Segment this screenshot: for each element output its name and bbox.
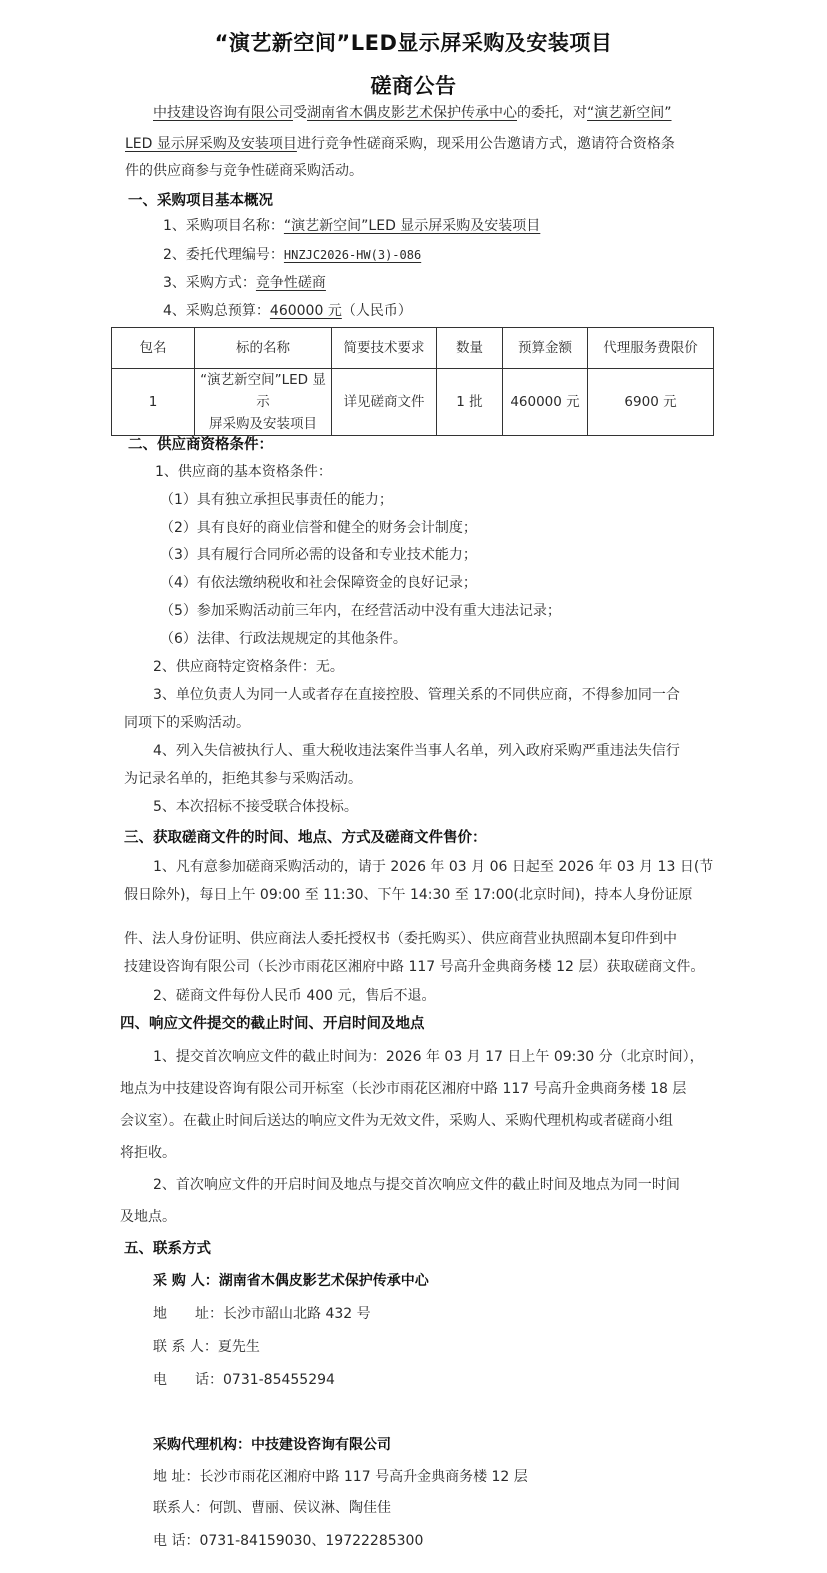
agency-phone-row: 电 话：0731-84159030、19722285300 xyxy=(153,1532,423,1550)
purchaser-phone-row: 电 话：0731-85455294 xyxy=(153,1371,335,1389)
section5-heading: 五、联系方式 xyxy=(124,1237,211,1258)
condition-2: （2）具有良好的商业信誉和健全的财务会计制度； xyxy=(160,519,477,537)
cell-budget: 460000 元 xyxy=(503,369,588,436)
intro-line-3: 件的供应商参与竞争性磋商采购活动。 xyxy=(125,162,363,180)
agency-name: 中技建设咨询有限公司 xyxy=(251,1437,391,1453)
specific-qualification: 2、供应商特定资格条件：无。 xyxy=(153,658,344,676)
deadline-line-1: 1、提交首次响应文件的截止时间为：2026 年 03 月 17 日上午 09:3… xyxy=(153,1048,704,1066)
opening-line-1: 2、首次响应文件的开启时间及地点与提交首次响应文件的截止时间及地点为同一时间 xyxy=(153,1176,680,1194)
budget-item: 4、采购总预算：460000 元（人民币） xyxy=(163,302,412,320)
deadline-line-4: 将拒收。 xyxy=(120,1144,176,1162)
col-header-agency-fee: 代理服务费限价 xyxy=(588,328,714,369)
cell-tech-req: 详见磋商文件 xyxy=(332,369,437,436)
purchaser-name: 湖南省木偶皮影艺术保护传承中心 xyxy=(219,1273,429,1289)
acquisition-line-4: 技建设咨询有限公司（长沙市雨花区湘府中路 117 号高升金典商务楼 12 层）获… xyxy=(124,958,704,976)
package-table: 包名 标的名称 简要技术要求 数量 预算金额 代理服务费限价 1 “演艺新空间”… xyxy=(111,327,714,436)
section3-heading: 三、获取磋商文件的时间、地点、方式及磋商文件售价： xyxy=(124,826,487,847)
col-header-item-name: 标的名称 xyxy=(195,328,332,369)
cell-agency-fee: 6900 元 xyxy=(588,369,714,436)
purchaser-contact-row: 联 系 人：夏先生 xyxy=(153,1338,260,1356)
cell-quantity: 1 批 xyxy=(437,369,503,436)
agency-contact-row: 联系人：何凯、曹丽、侯议淋、陶佳佳 xyxy=(153,1499,391,1517)
agency-row: 采购代理机构：中技建设咨询有限公司 xyxy=(153,1436,391,1454)
intro-line-2: LED 显示屏采购及安装项目进行竞争性磋商采购，现采用公告邀请方式，邀请符合资格… xyxy=(125,135,675,153)
agent-name: 中技建设咨询有限公司 xyxy=(153,105,293,121)
purchaser-address-row: 地 址：长沙市韶山北路 432 号 xyxy=(153,1305,371,1323)
condition-3: （3）具有履行合同所必需的设备和专业技术能力； xyxy=(160,546,477,564)
condition-6: （6）法律、行政法规规定的其他条件。 xyxy=(160,630,407,648)
intro-line-1: 中技建设咨询有限公司受湖南省木偶皮影艺术保护传承中心的委托，对“演艺新空间” xyxy=(153,104,672,122)
document-price: 2、磋商文件每份人民币 400 元，售后不退。 xyxy=(153,987,436,1005)
table-header-row: 包名 标的名称 简要技术要求 数量 预算金额 代理服务费限价 xyxy=(112,328,714,369)
agency-code-item: 2、委托代理编号：HNZJC2026-HW(3)-086 xyxy=(163,246,421,264)
client-name: 湖南省木偶皮影艺术保护传承中心 xyxy=(307,105,517,121)
document-subtitle: 磋商公告 xyxy=(0,70,827,100)
basic-qualification-label: 1、供应商的基本资格条件： xyxy=(155,463,332,481)
acquisition-line-3: 件、法人身份证明、供应商法人委托授权书（委托购买）、供应商营业执照副本复印件到中 xyxy=(124,930,677,948)
col-header-budget: 预算金额 xyxy=(503,328,588,369)
section2-heading: 二、供应商资格条件： xyxy=(128,433,273,454)
col-header-quantity: 数量 xyxy=(437,328,503,369)
project-name-part-b: LED 显示屏采购及安装项目 xyxy=(125,136,297,152)
col-header-tech-req: 简要技术要求 xyxy=(332,328,437,369)
agency-address-row: 地 址：长沙市雨花区湘府中路 117 号高升金典商务楼 12 层 xyxy=(153,1468,528,1486)
acquisition-line-1: 1、凡有意参加磋商采购活动的，请于 2026 年 03 月 06 日起至 202… xyxy=(153,858,713,876)
procurement-method-item: 3、采购方式：竞争性磋商 xyxy=(163,274,326,292)
project-name-part-a: “演艺新空间” xyxy=(587,105,672,121)
col-header-package: 包名 xyxy=(112,328,195,369)
project-name-item: 1、采购项目名称：“演艺新空间”LED 显示屏采购及安装项目 xyxy=(163,217,540,235)
related-party-rule-line-1: 3、单位负责人为同一人或者存在直接控股、管理关系的不同供应商，不得参加同一合 xyxy=(153,686,680,704)
deadline-line-2: 地点为中技建设咨询有限公司开标室（长沙市雨花区湘府中路 117 号高升金典商务楼… xyxy=(120,1080,686,1098)
opening-line-2: 及地点。 xyxy=(120,1208,176,1226)
condition-5: （5）参加采购活动前三年内，在经营活动中没有重大违法记录； xyxy=(160,602,561,620)
cell-item-name: “演艺新空间”LED 显示 屏采购及安装项目 xyxy=(195,369,332,436)
condition-1: （1）具有独立承担民事责任的能力； xyxy=(160,491,393,509)
purchaser-row: 采 购 人：湖南省木偶皮影艺术保护传承中心 xyxy=(153,1272,429,1290)
document-title: “演艺新空间”LED显示屏采购及安装项目 xyxy=(0,27,827,57)
credit-rule-line-1: 4、列入失信被执行人、重大税收违法案件当事人名单，列入政府采购严重违法失信行 xyxy=(153,742,680,760)
section4-heading: 四、响应文件提交的截止时间、开启时间及地点 xyxy=(120,1012,425,1033)
deadline-line-3: 会议室）。在截止时间后送达的响应文件为无效文件，采购人、采购代理机构或者磋商小组 xyxy=(120,1112,673,1130)
related-party-rule-line-2: 同项下的采购活动。 xyxy=(124,714,250,732)
table-row: 1 “演艺新空间”LED 显示 屏采购及安装项目 详见磋商文件 1 批 4600… xyxy=(112,369,714,436)
credit-rule-line-2: 为记录名单的，拒绝其参与采购活动。 xyxy=(124,770,362,788)
consortium-rule: 5、本次招标不接受联合体投标。 xyxy=(153,798,358,816)
condition-4: （4）有依法缴纳税收和社会保障资金的良好记录； xyxy=(160,574,477,592)
section1-heading: 一、采购项目基本概况 xyxy=(128,189,273,210)
cell-package: 1 xyxy=(112,369,195,436)
acquisition-line-2: 假日除外)，每日上午 09:00 至 11:30、下午 14:30 至 17:0… xyxy=(124,886,692,904)
